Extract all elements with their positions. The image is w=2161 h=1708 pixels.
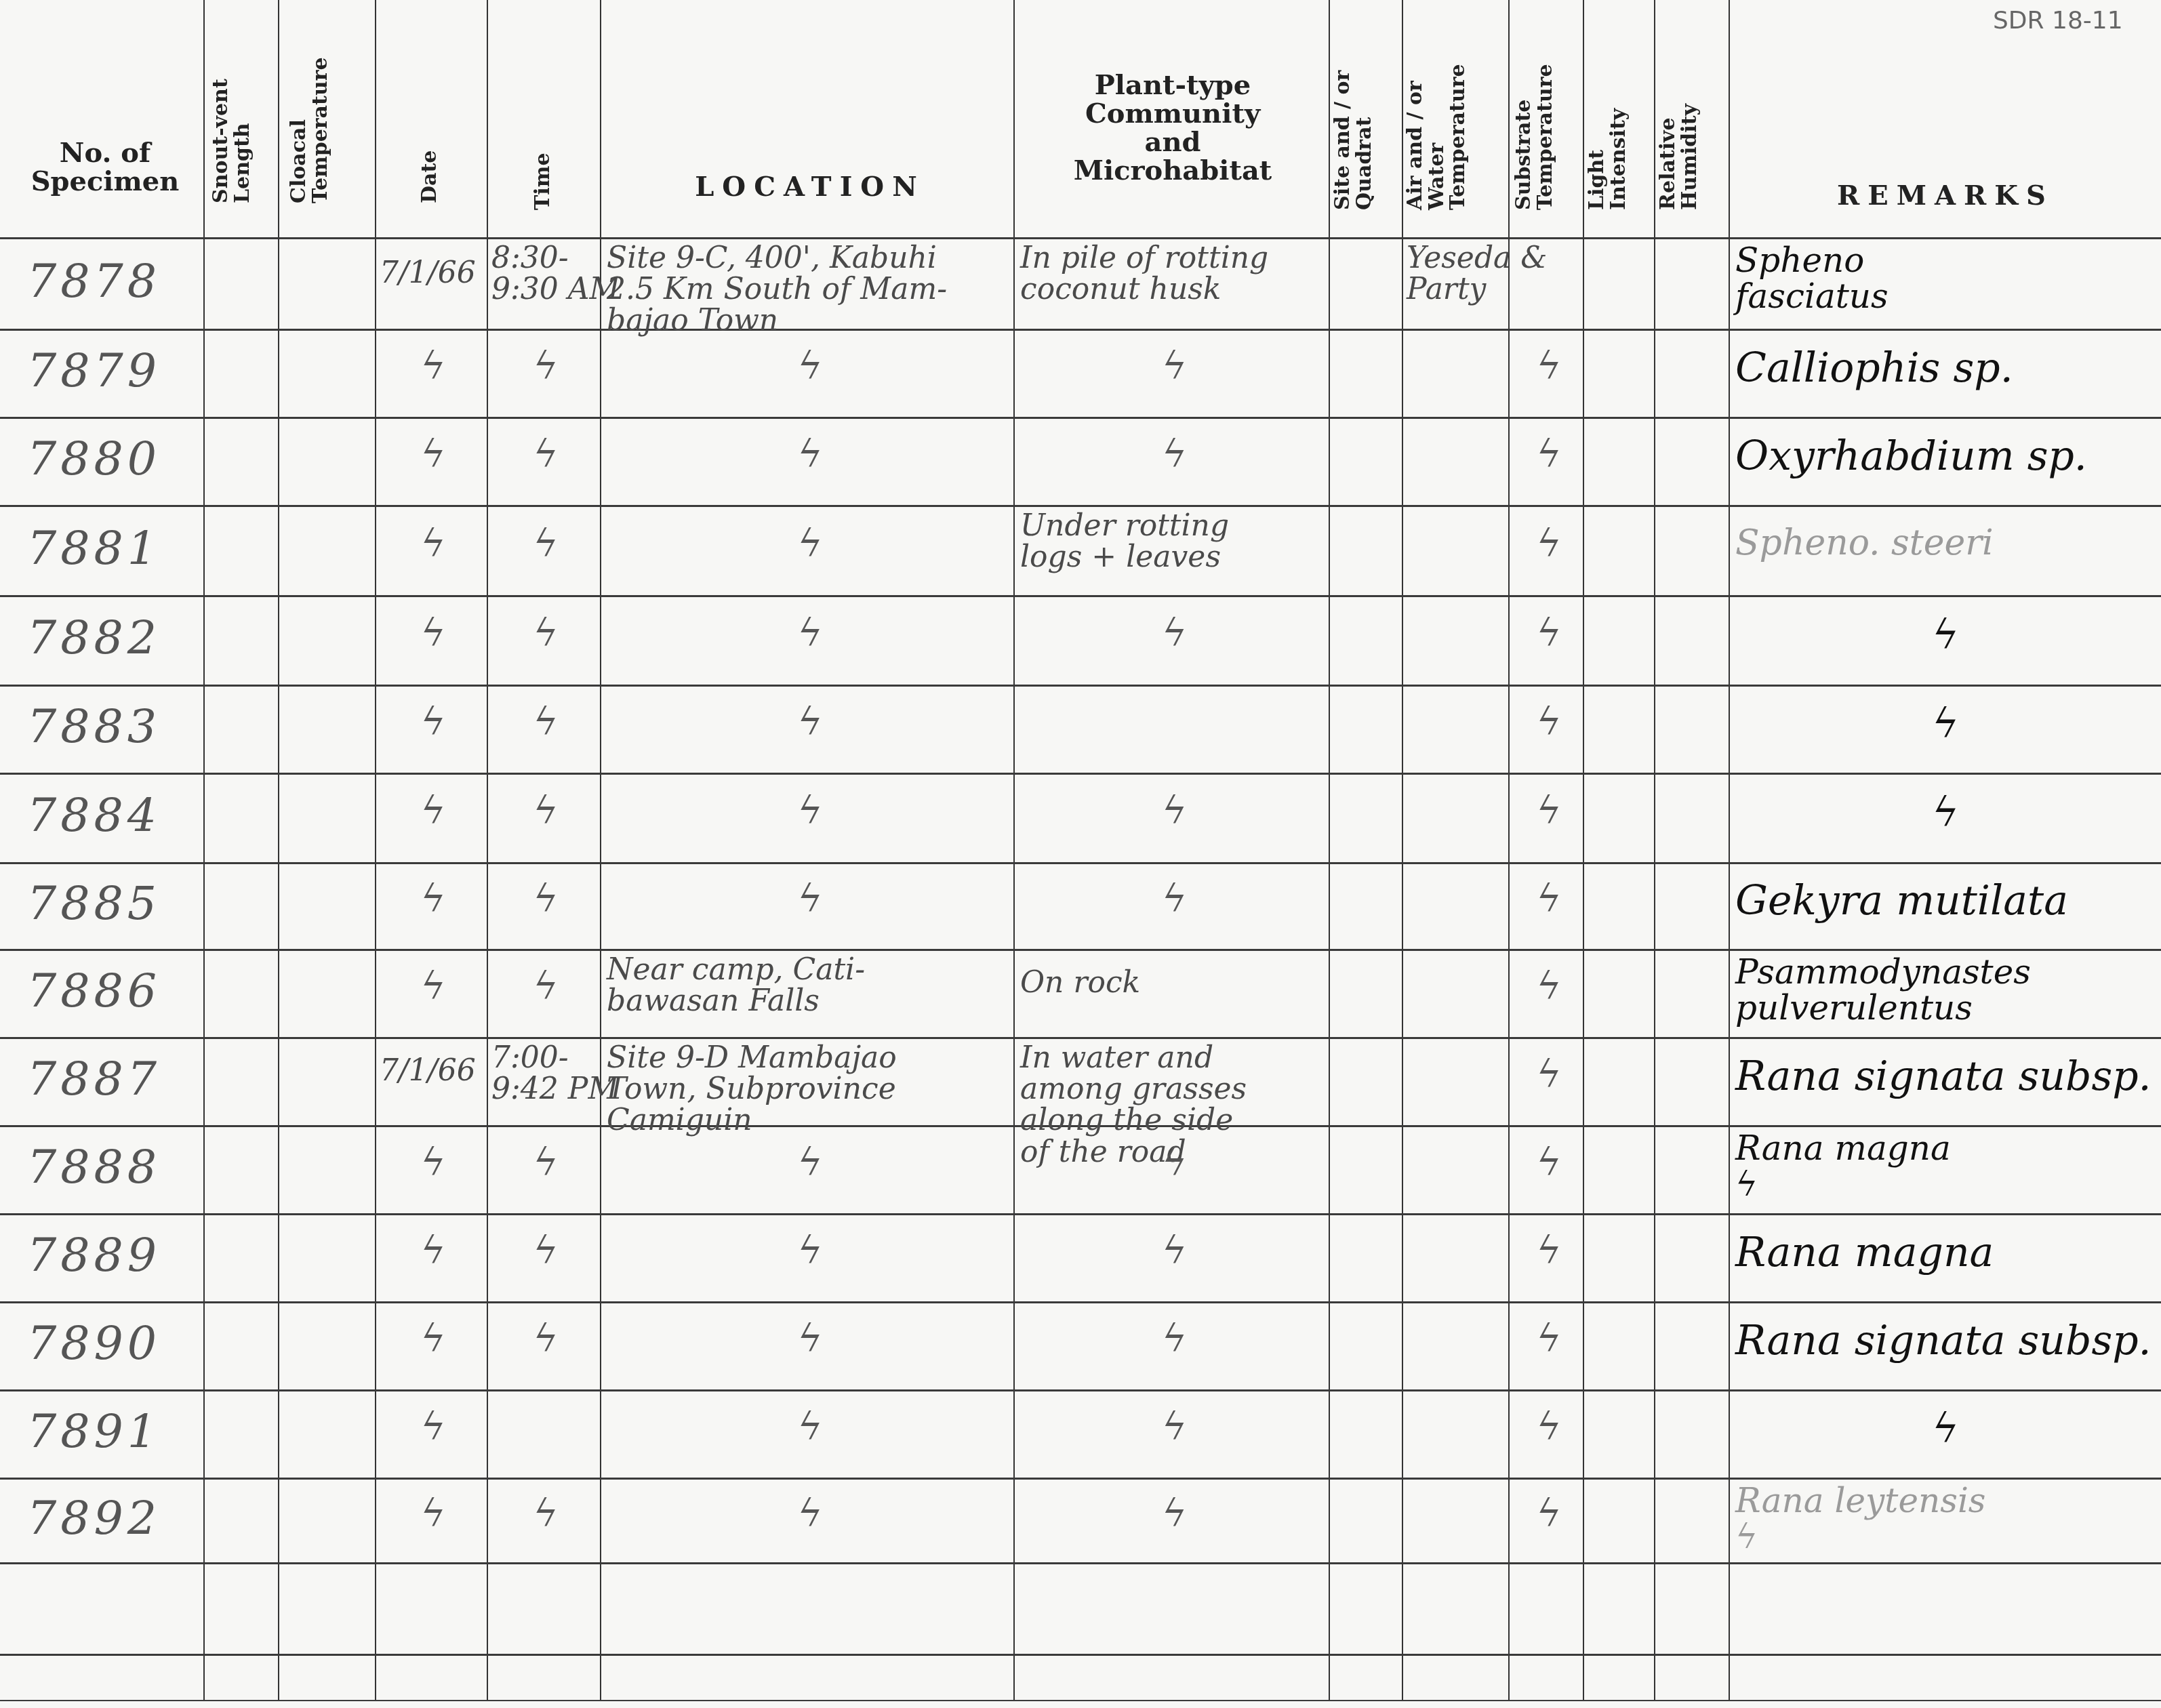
cell-remarks: Rana magna ϟ: [1735, 1131, 2156, 1202]
cell-substrate: ϟ: [1515, 1055, 1583, 1095]
cell-remarks: Spheno. steeri: [1735, 525, 2156, 562]
cell-specimen: 7883: [27, 703, 197, 751]
cell-remarks: ϟ: [1735, 792, 2156, 834]
column-divider: [278, 0, 279, 1701]
cell-remarks: Oxyrhabdium sp.: [1735, 435, 2156, 478]
cell-remarks: Rana signata subsp.: [1735, 1320, 2156, 1362]
row-divider: [0, 1562, 2161, 1564]
row-divider: [0, 1213, 2161, 1215]
cell-substrate: ϟ: [1515, 967, 1583, 1007]
cell-air: Yeseda & Party: [1407, 243, 1651, 305]
row-divider: [0, 329, 2161, 331]
cell-remarks: Spheno fasciatus: [1735, 243, 2156, 314]
cell-date: ϟ: [380, 1143, 487, 1183]
column-divider: [375, 0, 376, 1701]
header-specimen: No. of Specimen: [14, 139, 197, 196]
cell-time: ϟ: [491, 614, 600, 654]
cell-substrate: ϟ: [1515, 1408, 1583, 1448]
row-divider: [0, 949, 2161, 951]
cell-substrate: ϟ: [1515, 792, 1583, 832]
header-light-intensity: Light Intensity: [1586, 108, 1629, 210]
cell-plant: ϟ: [1020, 347, 1329, 387]
cell-time: ϟ: [491, 1143, 600, 1183]
cell-date: ϟ: [380, 967, 487, 1007]
row-divider: [0, 417, 2161, 419]
cell-substrate: ϟ: [1515, 1143, 1583, 1183]
cell-specimen: 7887: [27, 1055, 197, 1103]
header-time: Time: [532, 152, 554, 210]
cell-specimen: 7885: [27, 880, 197, 928]
cell-specimen: 7878: [27, 258, 197, 306]
cell-remarks: Psammodynastes pulverulentus: [1735, 954, 2156, 1025]
cell-time: 8:30- 9:30 AM: [491, 243, 600, 305]
sheet-bottom-edge: [0, 1700, 2161, 1701]
header-snout-vent: Snout-vent Length: [210, 79, 253, 203]
cell-remarks: ϟ: [1735, 1408, 2156, 1450]
row-divider: [0, 862, 2161, 864]
cell-substrate: ϟ: [1515, 1320, 1583, 1360]
header-date: Date: [419, 150, 441, 203]
cell-location: ϟ: [607, 792, 1013, 832]
cell-time: ϟ: [491, 1320, 600, 1360]
row-divider: [0, 773, 2161, 775]
cell-date: ϟ: [380, 614, 487, 654]
cell-specimen: 7881: [27, 525, 197, 573]
header-air-water-temperature: Air and / or Water Temperature: [1405, 64, 1469, 210]
cell-remarks: Gekyra mutilata: [1735, 880, 2156, 922]
cell-date: ϟ: [380, 525, 487, 565]
cell-specimen: 7890: [27, 1320, 197, 1368]
cell-location: ϟ: [607, 1143, 1013, 1183]
column-divider: [203, 0, 205, 1701]
column-divider: [1402, 0, 1403, 1701]
cell-plant: ϟ: [1020, 435, 1329, 475]
cell-substrate: ϟ: [1515, 614, 1583, 654]
column-divider: [600, 0, 601, 1701]
cell-location: ϟ: [607, 435, 1013, 475]
cell-specimen: 7889: [27, 1232, 197, 1280]
cell-location: ϟ: [607, 1320, 1013, 1360]
column-divider: [1329, 0, 1330, 1701]
cell-plant: ϟ: [1020, 1232, 1329, 1272]
cell-location: ϟ: [607, 1232, 1013, 1272]
cell-remarks: Rana leytensis ϟ: [1735, 1483, 2156, 1554]
cell-specimen: 7888: [27, 1143, 197, 1192]
header-location: LOCATION: [610, 173, 1010, 201]
cell-date: ϟ: [380, 880, 487, 920]
cell-date: ϟ: [380, 1232, 487, 1272]
header-substrate-temperature: Substrate Temperature: [1513, 64, 1556, 210]
column-divider: [1013, 0, 1015, 1701]
header-site-quadrat: Site and / or Quadrat: [1332, 70, 1375, 210]
cell-location: ϟ: [607, 347, 1013, 387]
column-divider: [1729, 0, 1730, 1701]
cell-specimen: 7886: [27, 967, 197, 1015]
row-divider: [0, 237, 2161, 239]
cell-specimen: 7882: [27, 614, 197, 662]
cell-plant: ϟ: [1020, 1320, 1329, 1360]
cell-remarks: Calliophis sp.: [1735, 347, 2156, 390]
cell-specimen: 7880: [27, 435, 197, 483]
cell-plant: ϟ: [1020, 1143, 1329, 1183]
cell-location: Site 9-D Mambajao Town, Subprovince Cami…: [607, 1042, 1013, 1137]
cell-location: ϟ: [607, 880, 1013, 920]
cell-substrate: ϟ: [1515, 703, 1583, 743]
cell-substrate: ϟ: [1515, 880, 1583, 920]
cell-date: ϟ: [380, 435, 487, 475]
cell-date: ϟ: [380, 347, 487, 387]
cell-remarks: ϟ: [1735, 614, 2156, 657]
cell-substrate: ϟ: [1515, 525, 1583, 565]
cell-location: ϟ: [607, 1408, 1013, 1448]
cell-specimen: 7879: [27, 347, 197, 395]
row-divider: [0, 505, 2161, 507]
cell-time: ϟ: [491, 967, 600, 1007]
cell-substrate: ϟ: [1515, 1232, 1583, 1272]
cell-specimen: 7892: [27, 1494, 197, 1543]
cell-time: ϟ: [491, 792, 600, 832]
cell-plant: ϟ: [1020, 792, 1329, 832]
cell-date: 7/1/66: [380, 1055, 487, 1086]
cell-plant: On rock: [1020, 967, 1329, 998]
cell-date: ϟ: [380, 1408, 487, 1448]
cell-substrate: ϟ: [1515, 347, 1583, 387]
row-divider: [0, 1301, 2161, 1303]
cell-location: ϟ: [607, 614, 1013, 654]
cell-plant: ϟ: [1020, 1408, 1329, 1448]
cell-time: ϟ: [491, 525, 600, 565]
row-divider: [0, 1654, 2161, 1656]
cell-time: ϟ: [491, 703, 600, 743]
cell-time: ϟ: [491, 435, 600, 475]
cell-location: ϟ: [607, 1494, 1013, 1534]
header-cloacal-temperature: Cloacal Temperature: [288, 57, 331, 203]
cell-time: 7:00- 9:42 PM: [491, 1042, 600, 1105]
cell-plant: ϟ: [1020, 1494, 1329, 1534]
row-divider: [0, 1037, 2161, 1039]
cell-substrate: ϟ: [1515, 1494, 1583, 1534]
cell-date: ϟ: [380, 703, 487, 743]
cell-specimen: 7891: [27, 1408, 197, 1456]
cell-location: ϟ: [607, 703, 1013, 743]
header-remarks: REMARKS: [1735, 182, 2156, 210]
field-data-sheet: SDR 18-11 No. of Specimen Snout-vent Len…: [0, 0, 2161, 1708]
cell-plant: Under rotting logs + leaves: [1020, 510, 1329, 573]
cell-location: Site 9-C, 400', Kabuhi 2.5 Km South of M…: [607, 243, 1013, 337]
row-divider: [0, 1389, 2161, 1391]
page-id: SDR 18-11: [1993, 7, 2123, 35]
cell-date: ϟ: [380, 1320, 487, 1360]
cell-substrate: ϟ: [1515, 435, 1583, 475]
cell-plant: In pile of rotting coconut husk: [1020, 243, 1329, 305]
cell-remarks: Rana magna: [1735, 1232, 2156, 1274]
row-divider: [0, 595, 2161, 597]
row-divider: [0, 685, 2161, 687]
header-relative-humidity: Relative Humidity: [1657, 104, 1700, 210]
cell-plant: ϟ: [1020, 614, 1329, 654]
column-divider: [1654, 0, 1655, 1701]
cell-remarks: ϟ: [1735, 703, 2156, 746]
cell-time: ϟ: [491, 880, 600, 920]
cell-time: ϟ: [491, 1232, 600, 1272]
column-divider: [487, 0, 488, 1701]
row-divider: [0, 1478, 2161, 1480]
cell-remarks: Rana signata subsp.: [1735, 1055, 2156, 1098]
header-plant-community: Plant-type Community and Microhabitat: [1017, 71, 1329, 185]
cell-date: 7/1/66: [380, 258, 487, 289]
cell-date: ϟ: [380, 792, 487, 832]
cell-time: ϟ: [491, 1494, 600, 1534]
cell-time: ϟ: [491, 347, 600, 387]
cell-location: Near camp, Cati- bawasan Falls: [607, 954, 1013, 1017]
cell-location: ϟ: [607, 525, 1013, 565]
cell-date: ϟ: [380, 1494, 487, 1534]
cell-specimen: 7884: [27, 792, 197, 840]
cell-plant: ϟ: [1020, 880, 1329, 920]
